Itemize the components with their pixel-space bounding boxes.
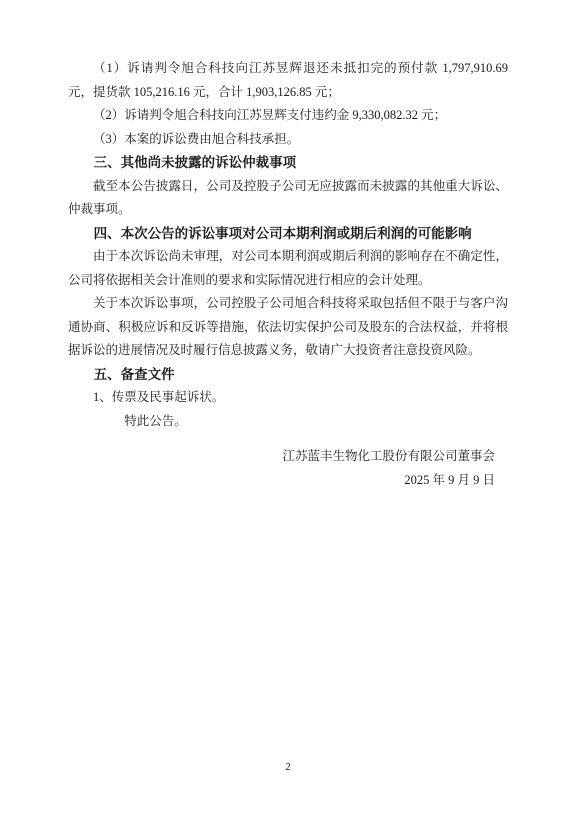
claim-item-1: （1）诉请判令旭合科技向江苏昱辉退还未抵扣完的预付款 1,797,910.69 …	[68, 57, 508, 104]
document-page: （1）诉请判令旭合科技向江苏昱辉退还未抵扣完的预付款 1,797,910.69 …	[0, 0, 576, 816]
closing-statement: 特此公告。	[68, 410, 508, 434]
claim-item-2: （2）诉请判令旭合科技向江苏昱辉支付违约金 9,330,082.32 元；	[68, 104, 508, 128]
signature-block: 江苏蓝丰生物化工股份有限公司董事会 2025 年 9 月 9 日	[68, 445, 508, 492]
section-3-paragraph: 截至本公告披露日，公司及控股子公司无应披露而未披露的其他重大诉讼、仲裁事项。	[68, 175, 508, 222]
document-body: （1）诉请判令旭合科技向江苏昱辉退还未抵扣完的预付款 1,797,910.69 …	[0, 0, 576, 492]
signature-company-board: 江苏蓝丰生物化工股份有限公司董事会	[68, 445, 495, 469]
section-5-list-item-1: 1、传票及民事起诉状。	[68, 386, 508, 410]
section-4-paragraph-1: 由于本次诉讼尚未审理，对公司本期利润或期后利润的影响存在不确定性，公司将依据相关…	[68, 245, 508, 292]
section-heading-4: 四、本次公告的诉讼事项对公司本期利润或期后利润的可能影响	[68, 222, 508, 246]
section-heading-5: 五、备查文件	[68, 363, 508, 387]
page-number: 2	[0, 756, 576, 779]
signature-date: 2025 年 9 月 9 日	[68, 469, 495, 493]
section-heading-3: 三、其他尚未披露的诉讼仲裁事项	[68, 151, 508, 175]
section-4-paragraph-2: 关于本次诉讼事项，公司控股子公司旭合科技将采取包括但不限于与客户沟通协商、积极应…	[68, 292, 508, 363]
claim-item-3: （3）本案的诉讼费由旭合科技承担。	[68, 128, 508, 152]
